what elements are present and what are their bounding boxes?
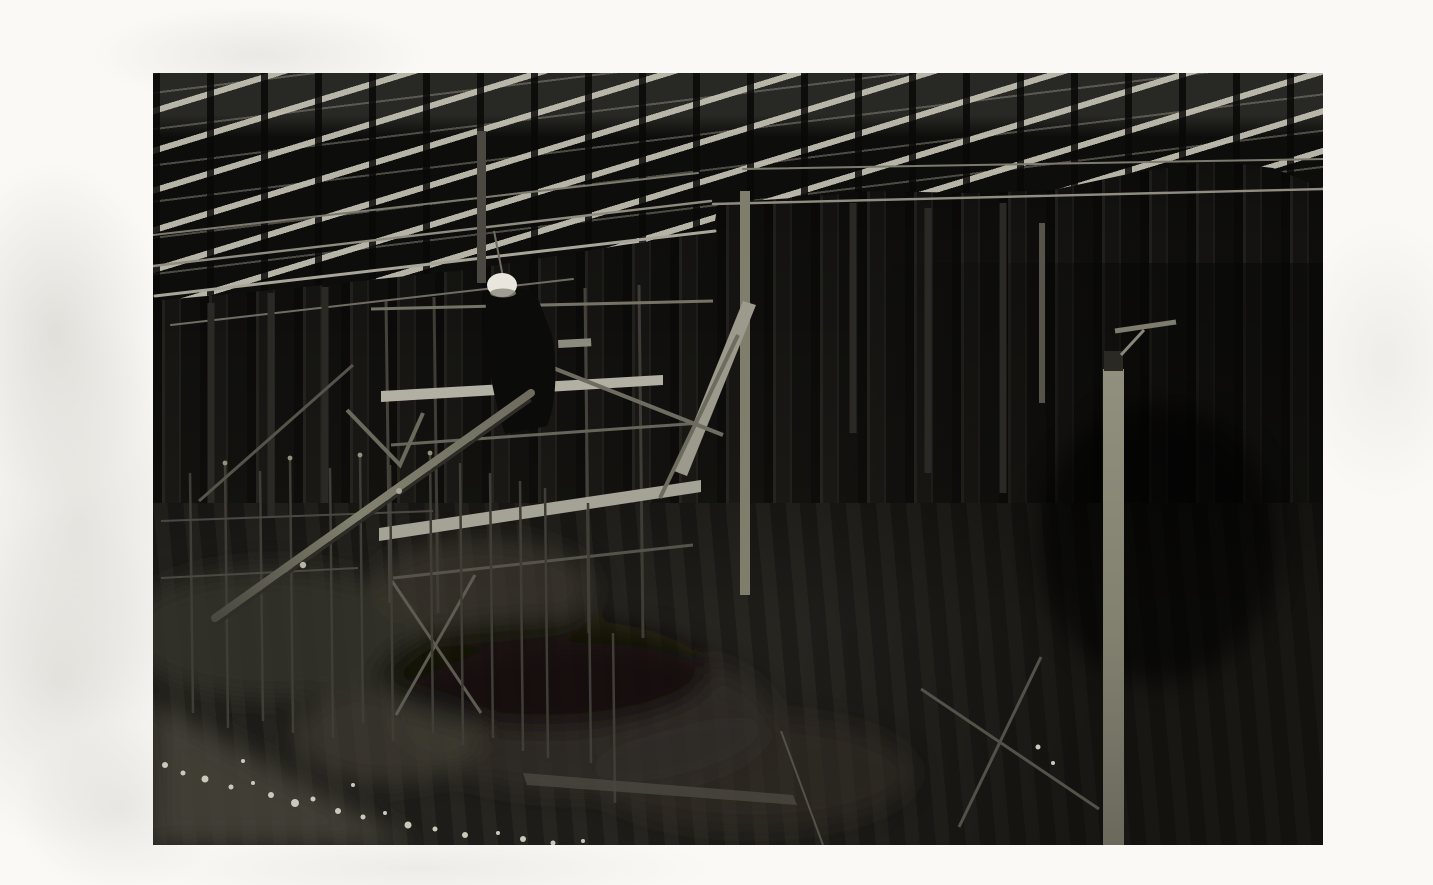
worker-body — [486, 288, 556, 434]
post-behind-worker — [477, 131, 486, 283]
post-cap-bar — [1115, 322, 1176, 331]
scaffold-pale-post — [740, 191, 750, 595]
hanging-wire — [494, 231, 503, 277]
scaffold-top-rail — [371, 301, 713, 309]
held-pipe — [543, 364, 723, 435]
construction-photo — [153, 73, 1323, 845]
scaffold-mid-rail — [391, 423, 701, 445]
scanned-page — [0, 0, 1433, 885]
hard-hat-brim — [490, 289, 516, 298]
photo-detail-overlay — [153, 73, 1323, 845]
